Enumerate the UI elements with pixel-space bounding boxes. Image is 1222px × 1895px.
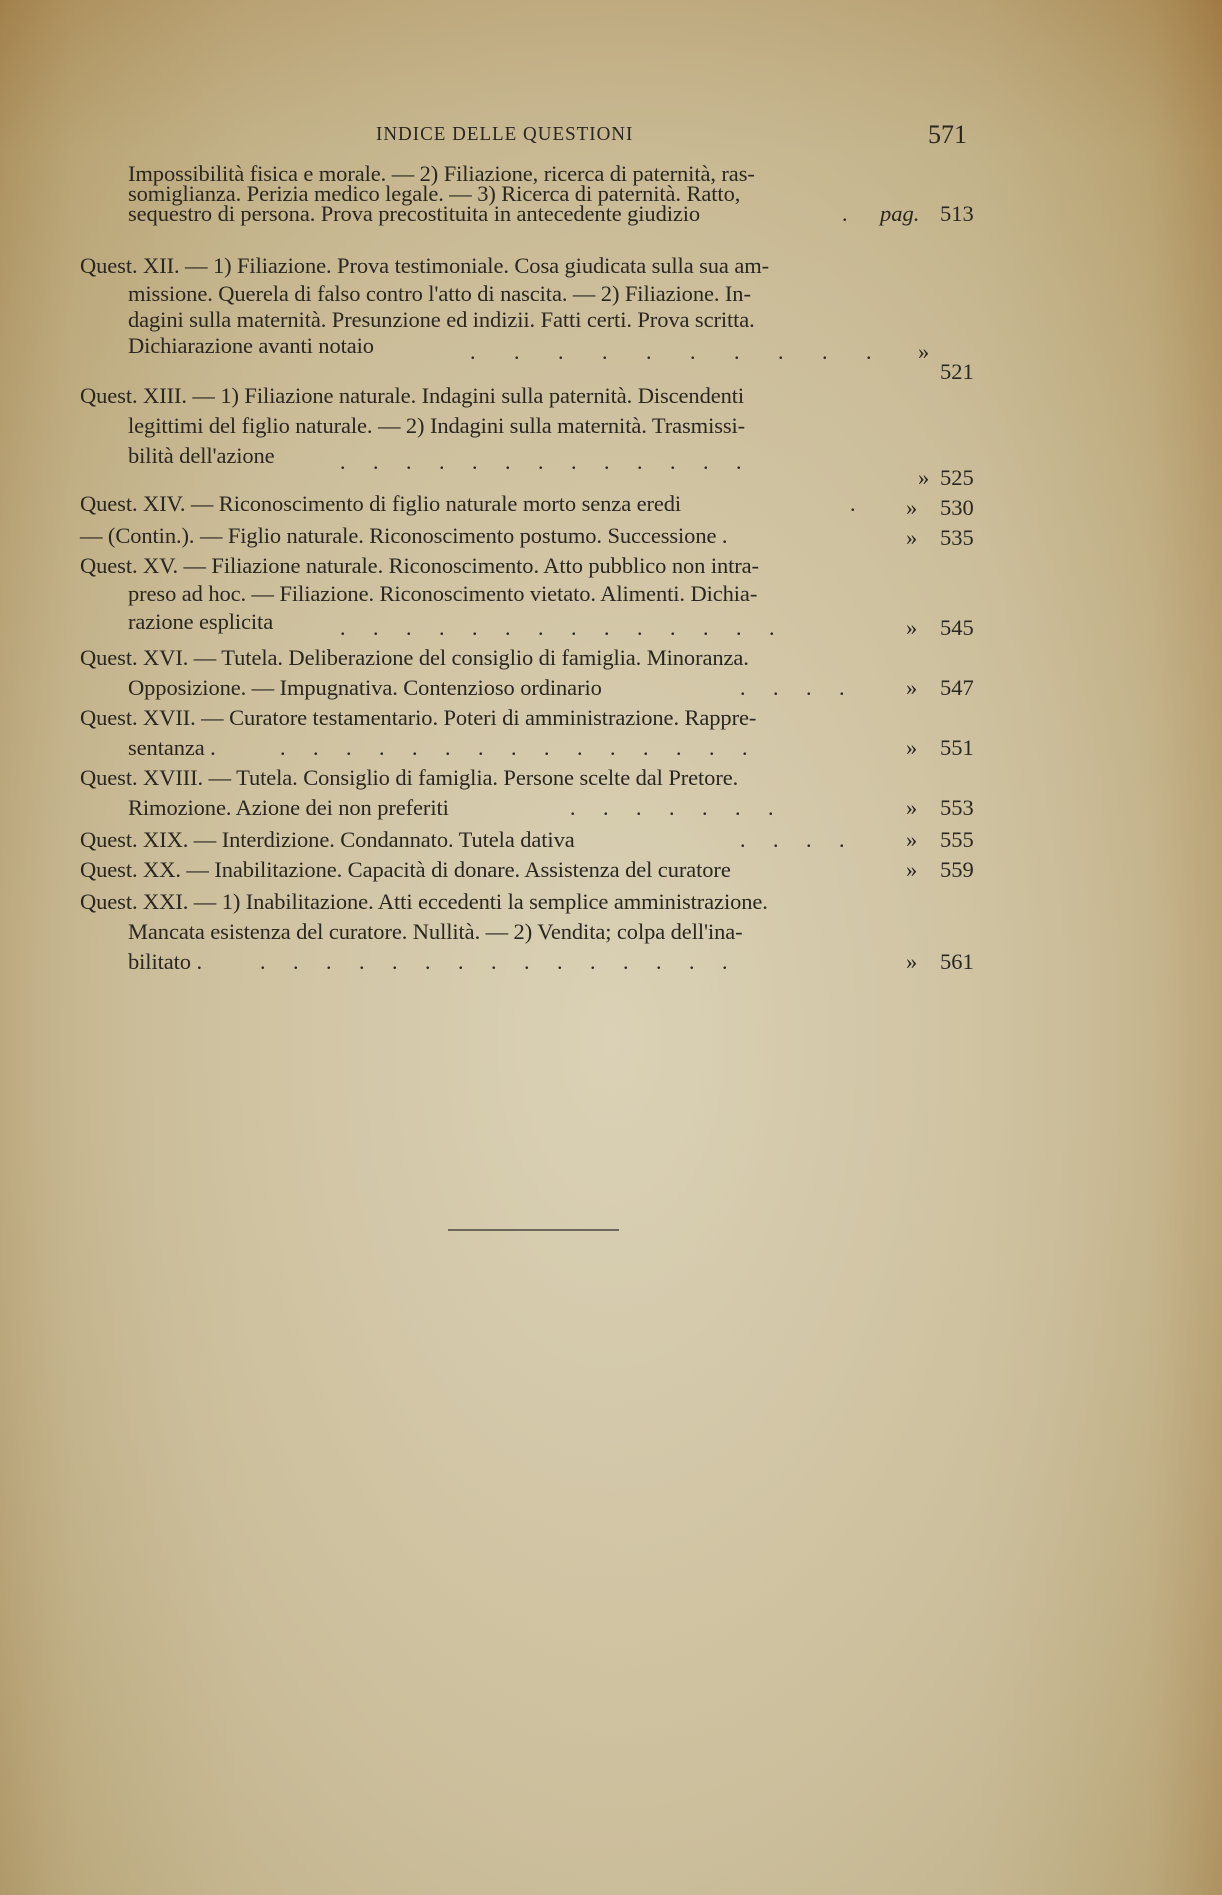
page-ref: 547 xyxy=(940,674,974,702)
page-ref: 553 xyxy=(940,794,974,822)
page-label: pag. xyxy=(880,200,919,228)
entry-line: sentanza . xyxy=(128,734,216,762)
entry-line: Quest. XX. — Inabilitazione. Capacità di… xyxy=(80,856,731,884)
page-label: » xyxy=(906,856,917,884)
leader-dots: . xyxy=(842,200,848,228)
page-label: » xyxy=(906,948,917,976)
end-rule xyxy=(448,1229,619,1231)
page-label: » xyxy=(918,464,929,492)
entry-line: Quest. XVIII. — Tutela. Consiglio di fam… xyxy=(80,764,738,792)
entry-line: legittimi del figlio naturale. — 2) Inda… xyxy=(128,412,745,440)
running-header: INDICE DELLE QUESTIONI 571 xyxy=(0,120,1222,150)
entry-line: razione esplicita xyxy=(128,608,273,636)
leader-dots: . . . . . . . . . . xyxy=(470,338,872,366)
page-label: » xyxy=(906,734,917,762)
page-ref: 513 xyxy=(940,200,974,228)
entry-line: Quest. XXI. — 1) Inabilitazione. Atti ec… xyxy=(80,888,768,916)
entry-line: — (Contin.). — Figlio naturale. Riconosc… xyxy=(80,522,727,550)
page-label: » xyxy=(906,614,917,642)
leader-dots: . . . . . . . xyxy=(570,794,774,822)
page-label: » xyxy=(906,524,917,552)
entry-line: bilità dell'azione xyxy=(128,442,275,470)
header-title: INDICE DELLE QUESTIONI xyxy=(376,123,633,146)
entry-line: bilitato . xyxy=(128,948,202,976)
page-label: » xyxy=(906,826,917,854)
entry-line: Quest. XIII. — 1) Filiazione naturale. I… xyxy=(80,382,744,410)
entry-line: Opposizione. — Impugnativa. Contenzioso … xyxy=(128,674,602,702)
page-label: » xyxy=(906,674,917,702)
entry-line: Mancata esistenza del curatore. Nullità.… xyxy=(128,918,743,946)
page-ref: 555 xyxy=(940,826,974,854)
entry-line: Rimozione. Azione dei non preferiti xyxy=(128,794,449,822)
entry-line: sequestro di persona. Prova precostituit… xyxy=(128,200,700,228)
leader-dots: . . . . . . . . . . . . . . . xyxy=(260,948,728,976)
leader-dots: . . . . xyxy=(740,826,845,854)
page-ref: 559 xyxy=(940,856,974,884)
page-ref: 535 xyxy=(940,524,974,552)
leader-dots: . . . . . . . . . . . . . xyxy=(340,448,742,476)
entry-line: Quest. XIX. — Interdizione. Condannato. … xyxy=(80,826,575,854)
page-label: » xyxy=(906,794,917,822)
page-ref: 525 xyxy=(940,464,974,492)
entry-line: missione. Querela di falso contro l'atto… xyxy=(128,280,751,308)
page-ref: 545 xyxy=(940,614,974,642)
page-ref: 530 xyxy=(940,494,974,522)
page-ref: 551 xyxy=(940,734,974,762)
page-label: » xyxy=(918,338,929,366)
page-number: 571 xyxy=(928,120,967,150)
book-page: INDICE DELLE QUESTIONI 571 Impossibilità… xyxy=(0,0,1222,1895)
leader-dots: . . . . xyxy=(740,674,845,702)
entry-line: Quest. XV. — Filiazione naturale. Ricono… xyxy=(80,552,759,580)
page-ref: 521 xyxy=(940,358,974,386)
page-label: » xyxy=(906,494,917,522)
leader-dots: . . . . . . . . . . . . . . . xyxy=(280,734,748,762)
entry-line: dagini sulla maternità. Presunzione ed i… xyxy=(128,306,755,334)
entry-line: Dichiarazione avanti notaio xyxy=(128,332,374,360)
entry-line: Quest. XVII. — Curatore testamentario. P… xyxy=(80,704,756,732)
entry-line: Quest. XIV. — Riconoscimento di figlio n… xyxy=(80,490,681,518)
entry-line: Quest. XVI. — Tutela. Deliberazione del … xyxy=(80,644,749,672)
leader-dots: . . . . . . . . . . . . . . xyxy=(340,614,775,642)
leader-dots: . xyxy=(850,490,856,518)
entry-line: Quest. XII. — 1) Filiazione. Prova testi… xyxy=(80,252,769,280)
page-ref: 561 xyxy=(940,948,974,976)
entry-line: preso ad hoc. — Filiazione. Riconoscimen… xyxy=(128,580,757,608)
